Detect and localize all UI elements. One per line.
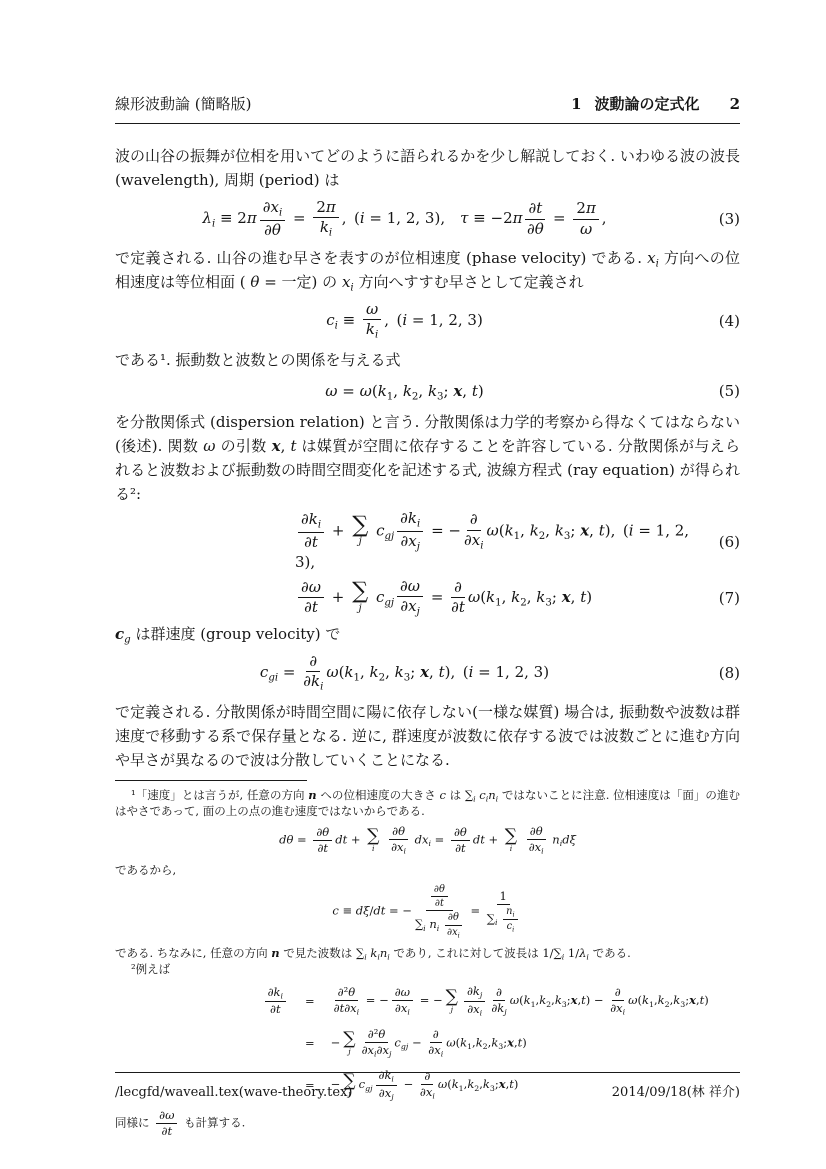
- equation-body: ∂ki∂t + ∑j cgj∂ki∂xj = −∂∂xiω(k1, k2, k3…: [295, 510, 694, 572]
- math-fraction: ∂∂ki: [303, 653, 323, 693]
- display-equation: ∂ω∂t + ∑j cgj∂ω∂xj = ∂∂tω(k1, k2, k3; x,…: [115, 578, 740, 618]
- document-body: 波の山谷の振舞が位相を用いてどのように語られるかを少し解説しておく. いわゆる波…: [115, 144, 740, 772]
- inline-math: ∂ω∂t: [153, 1116, 180, 1130]
- bold-vector: x: [580, 521, 589, 539]
- math-fraction: ∂∂kj: [491, 986, 506, 1017]
- inline-math: ∑i kini: [356, 946, 390, 960]
- math-fraction: ∂θ∂xi: [389, 825, 408, 856]
- equation-body: ∂ω∂t + ∑j cgj∂ω∂xj = ∂∂tω(k1, k2, k3; x,…: [295, 578, 592, 618]
- math-fraction: ∂ω∂xi: [392, 986, 413, 1017]
- equation-relation: =: [289, 993, 331, 1009]
- display-equation: λi ≡ 2π∂xi∂θ = 2πki, (i = 1, 2, 3), τ ≡ …: [115, 199, 740, 239]
- display-equation: dθ = ∂θ∂tdt + ∑i ∂θ∂xi dxi = ∂θ∂tdt + ∑i…: [115, 825, 740, 856]
- math-fraction: ∂xi∂θ: [260, 199, 285, 239]
- display-equation: ω = ω(k1, k2, k3; x, t)(5): [115, 379, 740, 403]
- sum-operator: ∑i: [367, 828, 379, 853]
- bold-vector: x: [420, 663, 429, 681]
- equation-relation: =: [289, 1035, 331, 1051]
- bold-vector: c: [115, 625, 124, 643]
- math-fraction: ∂∂t: [451, 579, 465, 617]
- paragraph: cg は群速度 (group velocity) で: [115, 622, 740, 646]
- bold-vector: x: [507, 1035, 514, 1049]
- math-fraction: ∂ki∂t: [265, 986, 286, 1017]
- inline-math: xi: [342, 273, 354, 291]
- equation-number: (8): [719, 661, 740, 685]
- math-fraction: 2πω: [573, 200, 598, 238]
- equation-number: (3): [719, 207, 740, 231]
- math-fraction: 2πki: [313, 199, 338, 239]
- equation-number: (6): [719, 530, 740, 554]
- equation-body: cgi = ∂∂kiω(k1, k2, k3; x, t), (i = 1, 2…: [260, 653, 549, 693]
- equation-number: (7): [719, 586, 740, 610]
- paragraph: で定義される. 山谷の進む早さを表すのが位相速度 (phase velocity…: [115, 246, 740, 294]
- inline-math: n: [308, 788, 316, 802]
- equation-body: c ≡ dξ/dt = −∂θ∂t∑i ni ∂θ∂xi = 1∑i nici: [332, 884, 522, 939]
- footnote-paragraph: である. ちなみに, 任意の方向 n で見た波数は ∑i kini であり, こ…: [115, 945, 740, 962]
- sum-operator: ∑j: [352, 515, 368, 548]
- math-fraction: ∂²θ∂xi∂xj: [362, 1028, 392, 1059]
- paragraph: 波の山谷の振舞が位相を用いてどのように語られるかを少し解説しておく. いわゆる波…: [115, 144, 740, 192]
- math-fraction: ∂θ∂xi: [445, 912, 462, 938]
- header-right: 1 波動論の定式化 2: [571, 92, 740, 116]
- inline-math: xi: [647, 249, 659, 267]
- equation-number: (4): [719, 309, 740, 333]
- equation-number: (5): [719, 379, 740, 403]
- equation-body: dθ = ∂θ∂tdt + ∑i ∂θ∂xi dxi = ∂θ∂tdt + ∑i…: [279, 825, 576, 856]
- footnote-paragraph: 同様に ∂ω∂t も計算する.: [115, 1109, 740, 1138]
- inline-math: θ =: [250, 273, 276, 291]
- inline-math: cg: [115, 625, 131, 643]
- math-fraction: ∂θ∂t: [431, 884, 448, 909]
- equation-body: λi ≡ 2π∂xi∂θ = 2πki, (i = 1, 2, 3), τ ≡ …: [202, 199, 606, 239]
- equation-body: ci ≡ ωki, (i = 1, 2, 3): [326, 301, 483, 341]
- display-equation: ci ≡ ωki, (i = 1, 2, 3)(4): [115, 301, 740, 341]
- math-fraction: ∂ω∂xj: [397, 578, 423, 618]
- bold-vector: x: [689, 993, 696, 1007]
- math-fraction: ∂θ∂t∑i ni ∂θ∂xi: [415, 884, 464, 939]
- header-title-left: 線形波動論 (簡略版): [115, 92, 251, 116]
- sum-operator: ∑j: [343, 1031, 355, 1056]
- math-fraction: ∂ω∂t: [156, 1109, 177, 1138]
- math-fraction: ∂ω∂t: [298, 579, 324, 617]
- math-fraction: ∂∂xi: [610, 986, 625, 1017]
- math-fraction: ∂ki∂xj: [397, 510, 423, 553]
- section-number: 1: [571, 92, 581, 116]
- math-fraction: ∂t∂θ: [525, 200, 545, 238]
- sum-operator: ∑j: [352, 581, 368, 614]
- inline-math: n: [271, 946, 279, 960]
- inline-math: ω: [203, 437, 215, 455]
- math-fraction: ∂ki∂t: [298, 511, 324, 551]
- math-fraction: ∂²θ∂t∂xi: [334, 986, 360, 1017]
- footnote-separator-rule: [115, 780, 307, 781]
- display-equation: ∂ki∂t + ∑j cgj∂ki∂xj = −∂∂xiω(k1, k2, k3…: [115, 510, 740, 574]
- equation-lhs: ∂ki∂t: [233, 986, 289, 1017]
- bold-vector: n: [271, 946, 279, 960]
- paragraph: で定義される. 分散関係が時間空間に陽に依存しない(一様な媒質) 場合は, 振動…: [115, 700, 740, 772]
- footnote-paragraph: ²例えば: [115, 961, 740, 977]
- math-fraction: 1∑i nici: [487, 890, 520, 933]
- math-fraction: ∂θ∂xi: [527, 825, 546, 856]
- sum-operator: ∑j: [446, 989, 458, 1014]
- paragraph: を分散関係式 (dispersion relation) と言う. 分散関係は力…: [115, 410, 740, 506]
- page-footer: /lecgfd/waveall.tex(wave-theory.tex) 201…: [115, 1072, 740, 1101]
- page-header: 線形波動論 (簡略版) 1 波動論の定式化 2: [115, 92, 740, 124]
- equation-body: ω = ω(k1, k2, k3; x, t): [325, 382, 483, 403]
- inline-math: c: [439, 788, 445, 802]
- document-page: 線形波動論 (簡略版) 1 波動論の定式化 2 波の山谷の振舞が位相を用いてどの…: [0, 0, 826, 1169]
- inline-math: x, t: [272, 437, 297, 455]
- footer-date-author: 2014/09/18(林 祥介): [612, 1085, 740, 1101]
- inline-math: 1/∑i 1/λi: [542, 946, 589, 960]
- math-fraction: nici: [503, 906, 517, 933]
- bold-vector: x: [272, 437, 281, 455]
- footnote-paragraph: ¹「速度」とは言うが, 任意の方向 n への位相速度の大きさ c は ∑i ci…: [115, 787, 740, 820]
- math-fraction: ∂θ∂t: [451, 826, 470, 855]
- page-number: 2: [730, 92, 740, 116]
- paragraph: である¹. 振動数と波数との関係を与える式: [115, 348, 740, 372]
- equation-rhs: −∑j∂²θ∂xi∂xjcgj − ∂∂xiω(k1,k2,k3;x,t): [331, 1028, 527, 1059]
- inline-math: ∑i cini: [465, 788, 498, 802]
- bold-vector: x: [453, 382, 462, 400]
- bold-vector: x: [571, 993, 578, 1007]
- math-fraction: ∂∂xi: [428, 1028, 443, 1059]
- footnote-paragraph: であるから,: [115, 862, 740, 878]
- footer-filename: /lecgfd/waveall.tex(wave-theory.tex): [115, 1085, 353, 1101]
- equation-row: =−∑j∂²θ∂xi∂xjcgj − ∂∂xiω(k1,k2,k3;x,t): [233, 1025, 740, 1061]
- section-title: 波動論の定式化: [595, 92, 700, 116]
- equation-row: ∂ki∂t=∂²θ∂t∂xi = −∂ω∂xi = −∑j∂kj∂xi∂∂kjω…: [233, 983, 740, 1019]
- math-fraction: ∂∂xi: [464, 511, 483, 551]
- math-fraction: ωki: [363, 301, 381, 341]
- math-fraction: ∂θ∂t: [313, 826, 332, 855]
- bold-vector: x: [562, 588, 571, 606]
- sum-operator: ∑i: [505, 828, 517, 853]
- math-fraction: ∂kj∂xi: [464, 985, 485, 1017]
- display-equation: cgi = ∂∂kiω(k1, k2, k3; x, t), (i = 1, 2…: [115, 653, 740, 693]
- display-equation: c ≡ dξ/dt = −∂θ∂t∑i ni ∂θ∂xi = 1∑i nici: [115, 884, 740, 939]
- bold-vector: n: [308, 788, 316, 802]
- equation-rhs: ∂²θ∂t∂xi = −∂ω∂xi = −∑j∂kj∂xi∂∂kjω(k1,k2…: [331, 985, 709, 1017]
